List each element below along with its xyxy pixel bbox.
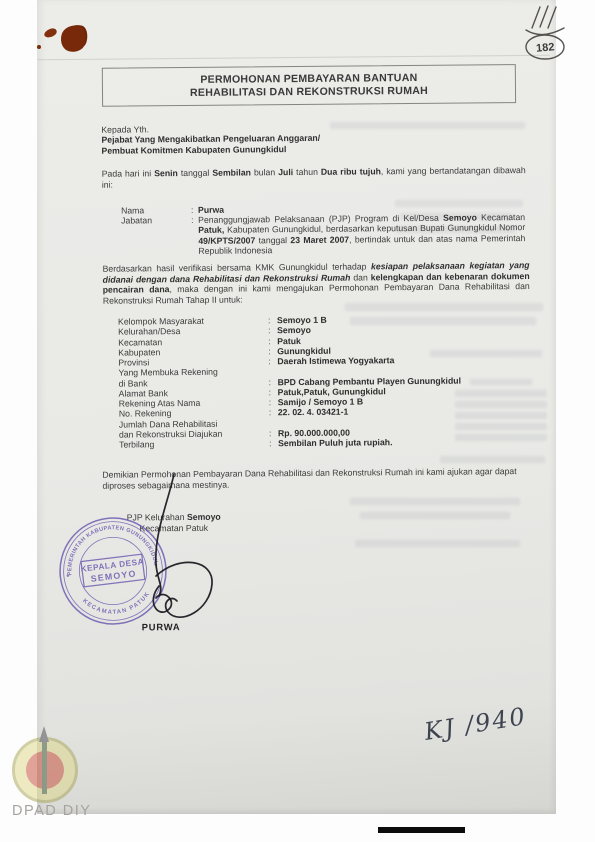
detail-label: Terbilang: [119, 438, 269, 450]
text-segment: tahun: [293, 167, 321, 177]
jabatan-colon: :: [191, 215, 194, 225]
detail-colon: :: [269, 397, 278, 407]
detail-colon: :: [268, 346, 277, 356]
text-segment: bulan: [251, 167, 278, 177]
text-segment: Dua ribu tujuh: [321, 166, 381, 177]
letter-title-line2: REHABILITASI DAN REKONSTRUKSI RUMAH: [103, 84, 515, 100]
name-value: Purwa: [198, 205, 224, 215]
text-segment: Semoyo: [443, 212, 477, 222]
detail-colon: :: [268, 336, 277, 346]
text-segment: tanggal: [178, 168, 213, 178]
detail-colon: :: [268, 315, 277, 325]
text-segment: Patuk,: [198, 225, 224, 235]
detail-row: Terbilang:Sembilan Puluh juta rupiah.: [119, 436, 531, 450]
emblem-stem: [42, 740, 47, 794]
ink-stain-dot: [37, 45, 41, 49]
detail-value: Sembilan Puluh juta rupiah.: [278, 436, 531, 448]
page-number: 182: [536, 41, 555, 55]
detail-colon: [268, 366, 277, 376]
provincial-emblem-watermark: [4, 726, 82, 804]
detail-colon: :: [269, 438, 278, 448]
addressee-line1: Pejabat Yang Mengakibatkan Pengeluaran A…: [101, 133, 320, 145]
text-segment: tanggal: [255, 235, 290, 245]
text-segment: Juli: [278, 167, 293, 177]
opening-paragraph: Pada hari ini Senin tanggal Sembilan bul…: [102, 165, 526, 190]
jabatan-value: Penanggungjawab Pelaksanaan (PJP) Progra…: [198, 212, 525, 256]
paper-crease: [38, 55, 550, 60]
archive-watermark-text: DPAD DIY: [12, 803, 91, 819]
detail-colon: [269, 418, 278, 428]
text-segment: 49/KPTS/2007: [198, 235, 255, 245]
detail-colon: :: [268, 325, 277, 335]
name-colon: :: [191, 205, 194, 215]
tally-marks-icon: [526, 6, 564, 35]
details-list: Kelompok Masyarakat:Semoyo 1 BKelurahan/…: [118, 313, 531, 450]
text-segment: Kecamatan: [477, 212, 525, 222]
verification-paragraph: Berdasarkan hasil verifikasi bersama KMK…: [103, 260, 530, 307]
text-segment: 23 Maret 2007: [290, 234, 349, 245]
detail-colon: :: [268, 356, 277, 366]
scanned-document-page: PERMOHONAN PEMBAYARAN BANTUAN REHABILITA…: [0, 0, 595, 842]
addressee-line2: Pembuat Komitmen Kabupaten Gunungkidul: [101, 143, 320, 155]
emblem-spike: [39, 726, 49, 742]
letter-title-box: PERMOHONAN PEMBAYARAN BANTUAN REHABILITA…: [102, 64, 516, 107]
detail-colon: :: [268, 377, 277, 387]
scan-artifact-bar: [378, 827, 465, 833]
text-segment: dan: [350, 272, 370, 282]
corner-pen-marks: 182: [512, 2, 592, 64]
addressee-block: Kepada Yth. Pejabat Yang Mengakibatkan P…: [101, 123, 320, 156]
detail-colon: :: [269, 428, 278, 438]
text-segment: Pada hari ini: [102, 168, 155, 178]
name-label: Nama: [121, 205, 144, 215]
handwritten-signature: [128, 468, 240, 640]
detail-colon: :: [269, 387, 278, 397]
text-segment: Sembilan: [212, 167, 251, 177]
text-segment: Senin: [154, 168, 178, 178]
jabatan-label: Jabatan: [121, 215, 152, 225]
detail-colon: :: [269, 407, 278, 417]
